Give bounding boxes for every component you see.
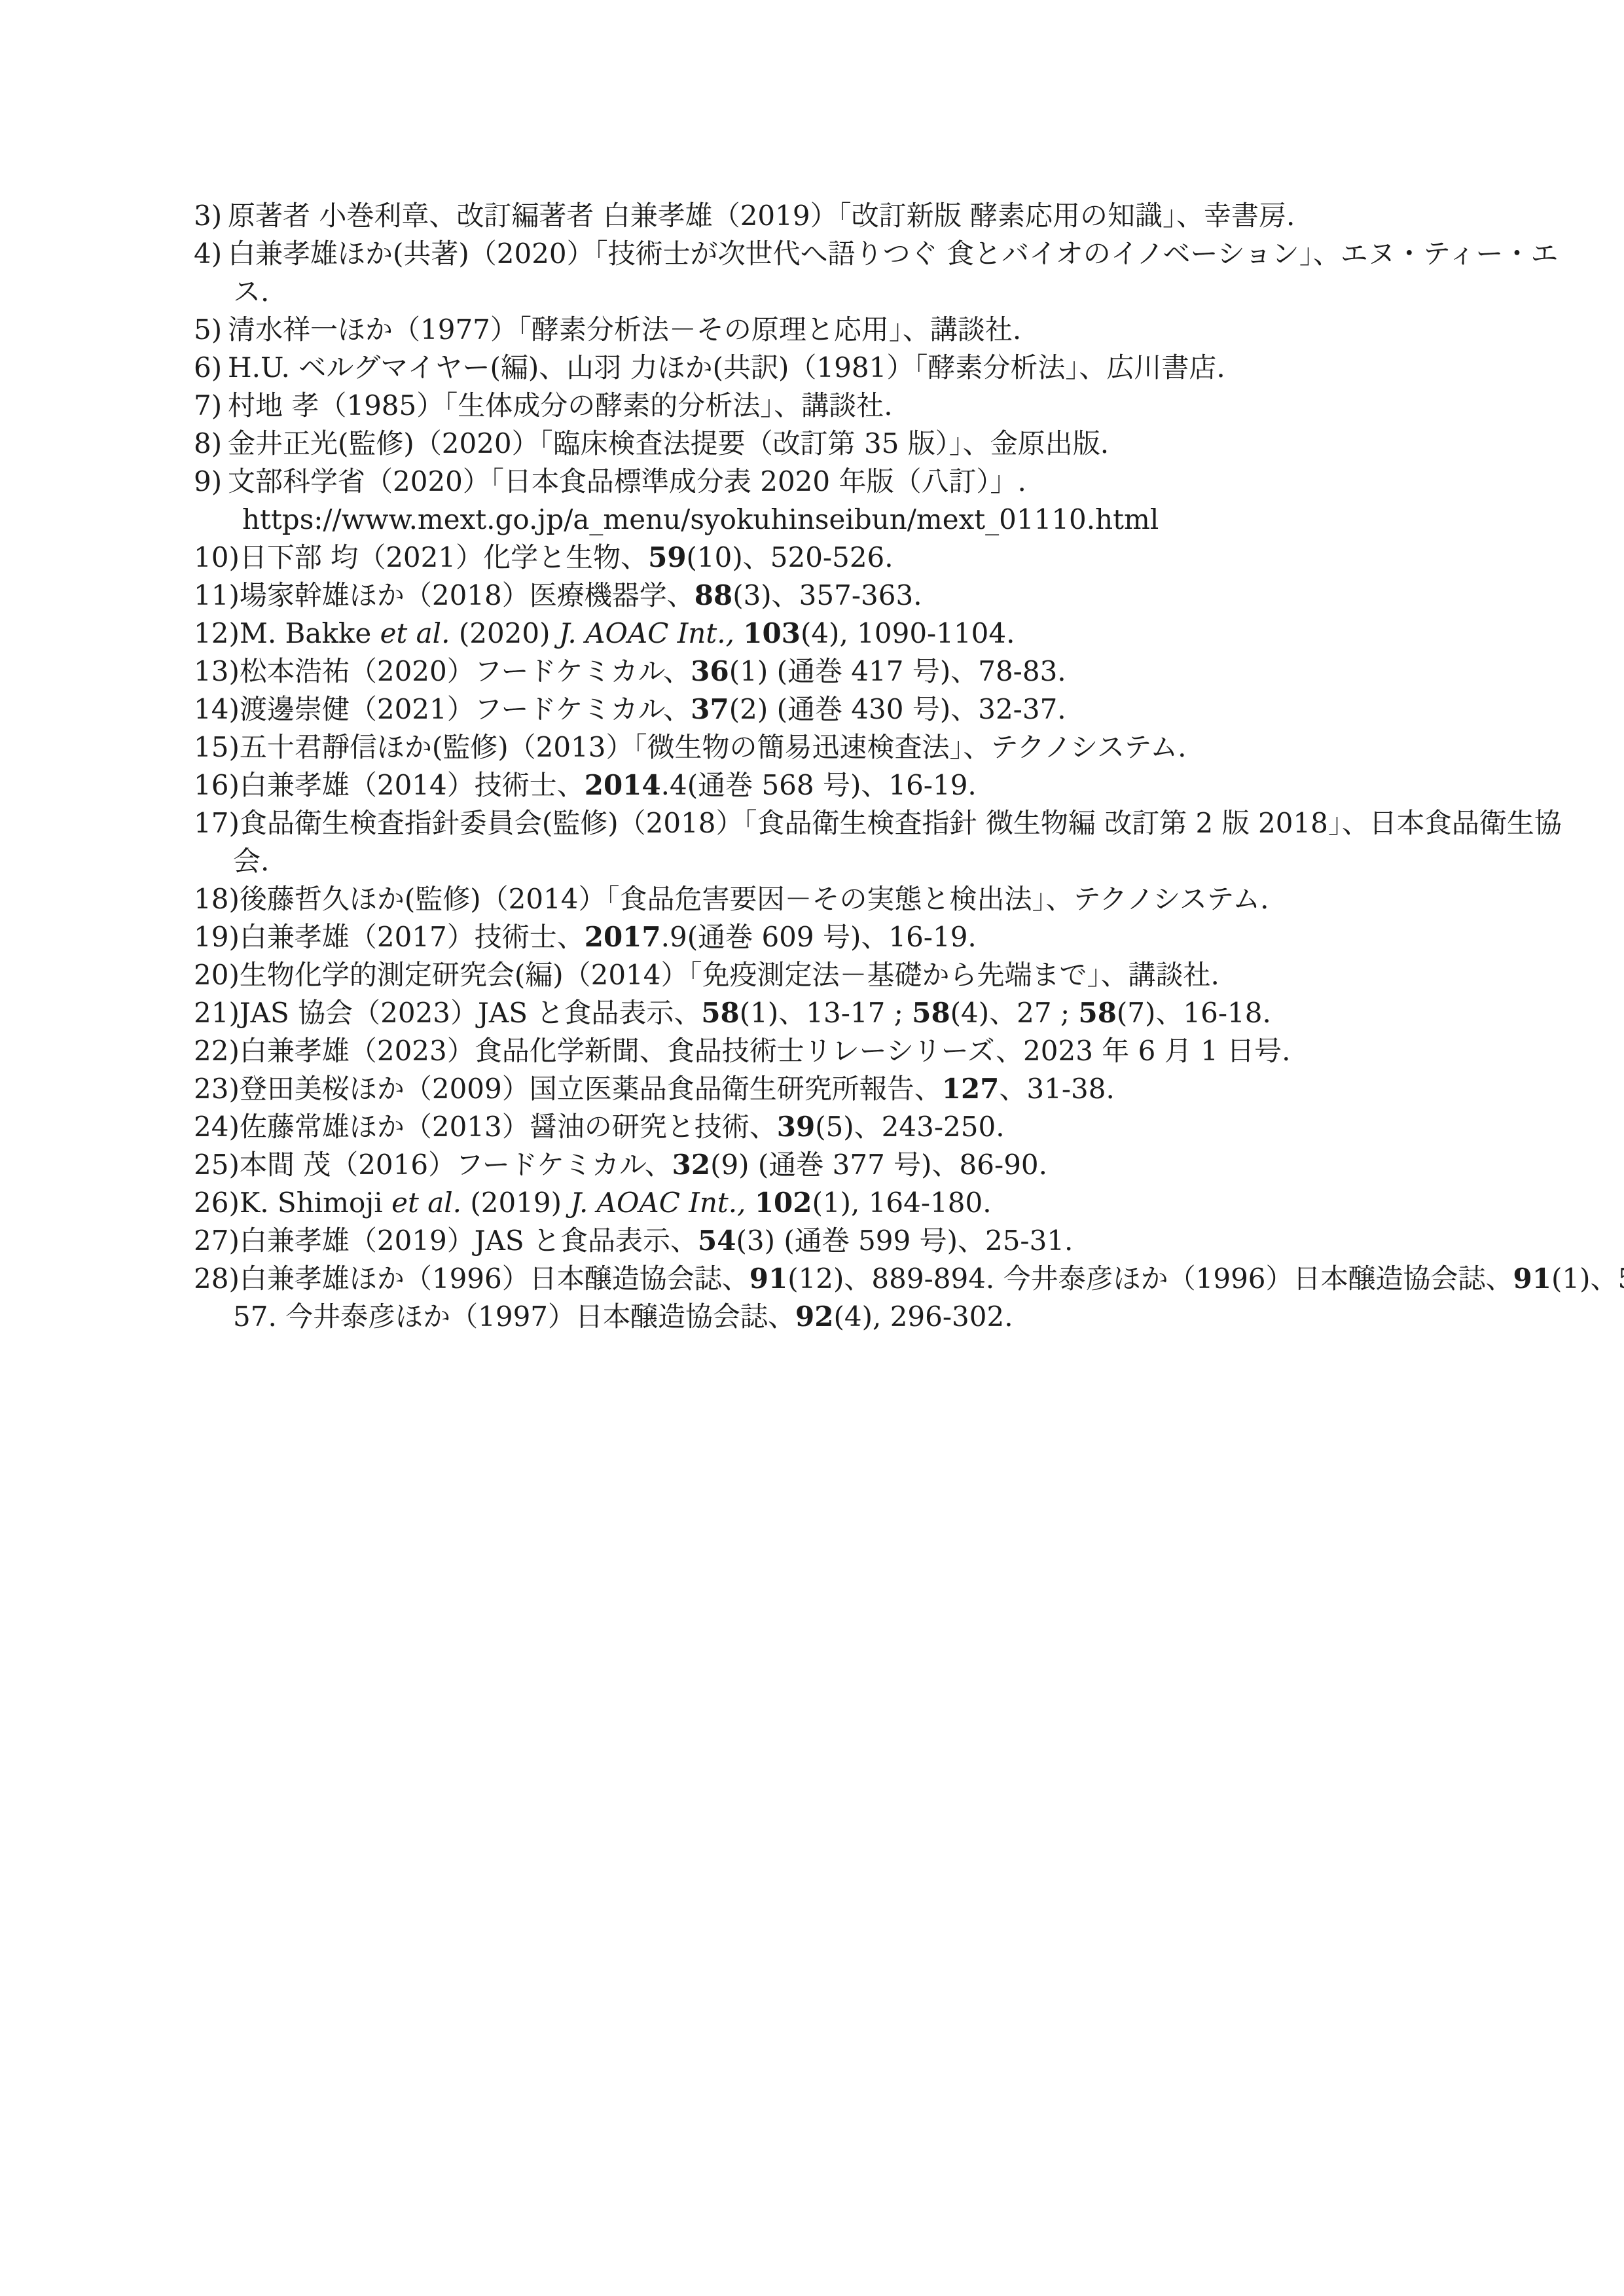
reference-number: 7)	[194, 387, 228, 425]
reference-text-segment: .4(通巻 568 号)、16-19.	[661, 769, 977, 801]
reference-text-segment: (7)、16-18.	[1117, 997, 1271, 1029]
reference-number: 13)	[194, 653, 240, 691]
reference-text-segment: 32	[672, 1149, 710, 1181]
reference-text-segment: (4), 1090-1104.	[801, 617, 1015, 649]
reference-number: 22)	[194, 1032, 240, 1070]
reference-number: 4)	[194, 235, 228, 273]
reference-text-segment: 白兼孝雄（2014）技術士、	[240, 769, 585, 801]
reference-item: 18)後藤哲久ほか(監修)（2014）「食品危害要因－その実態と検出法」、テクノ…	[194, 880, 1437, 918]
reference-text-segment: (12)、889-894. 今井泰彦ほか（1996）日本醸造協会誌、	[787, 1263, 1513, 1295]
reference-text-segment: https://www.mext.go.jp/a_menu/syokuhinse…	[233, 501, 1159, 539]
reference-number: 25)	[194, 1146, 240, 1184]
reference-text-segment: 生物化学的測定研究会(編)（2014）「免疫測定法－基礎から先端まで」、講談社.	[240, 959, 1219, 991]
reference-item: 25)本間 茂（2016）フードケミカル、32(9) (通巻 377 号)、86…	[194, 1146, 1437, 1184]
reference-text-segment: J. AOAC Int.,	[559, 617, 734, 649]
document-page: 3)原著者 小巻利章、改訂編著者 白兼孝雄（2019）「改訂新版 酵素応用の知識…	[0, 0, 1624, 2296]
reference-text-segment: 白兼孝雄（2019）JAS と食品表示、	[240, 1225, 698, 1257]
reference-text-segment: 91	[749, 1263, 787, 1295]
reference-item: 8)金井正光(監修)（2020）「臨床検査法提要（改訂第 35 版）」、金原出版…	[194, 425, 1437, 463]
reference-number: 19)	[194, 918, 240, 956]
reference-text-segment: 2017	[585, 921, 661, 953]
reference-text-segment: et al.	[391, 1187, 461, 1219]
reference-text-segment: 会.	[233, 845, 269, 877]
reference-item: 10)日下部 均（2021）化学と生物、59(10)、520-526.	[194, 539, 1437, 577]
reference-number: 3)	[194, 197, 228, 235]
reference-number: 16)	[194, 766, 240, 804]
reference-text-segment: M. Bakke	[240, 617, 380, 649]
reference-text-segment: (2019)	[461, 1187, 570, 1219]
reference-number: 21)	[194, 994, 240, 1032]
reference-text-segment: 日下部 均（2021）化学と生物、	[240, 541, 648, 573]
reference-text-segment: H.U. ベルグマイヤー(編)、山羽 力ほか(共訳)（1981）「酵素分析法」、…	[228, 351, 1225, 384]
reference-item: 17)食品衛生検査指針委員会(監修)（2018）「食品衛生検査指針 微生物編 改…	[194, 804, 1437, 880]
reference-item: 16)白兼孝雄（2014）技術士、2014.4(通巻 568 号)、16-19.	[194, 766, 1437, 804]
reference-number: 18)	[194, 880, 240, 918]
reference-text-segment: 88	[695, 579, 732, 611]
reference-text-segment: (2) (通巻 430 号)、32-37.	[729, 693, 1066, 725]
reference-number: 27)	[194, 1222, 240, 1260]
reference-text-segment: et al.	[380, 617, 450, 649]
reference-text-segment: 村地 孝（1985）「生体成分の酵素的分析法」、講談社.	[228, 389, 893, 422]
reference-text-segment: 59	[648, 541, 686, 573]
reference-text-segment: 白兼孝雄ほか（1996）日本醸造協会誌、	[240, 1263, 749, 1295]
reference-text-segment: 佐藤常雄ほか（2013）醤油の研究と技術、	[240, 1111, 777, 1143]
reference-item: 24)佐藤常雄ほか（2013）醤油の研究と技術、39(5)、243-250.	[194, 1108, 1437, 1146]
reference-item: 20)生物化学的測定研究会(編)（2014）「免疫測定法－基礎から先端まで」、講…	[194, 956, 1437, 994]
reference-item: 7)村地 孝（1985）「生体成分の酵素的分析法」、講談社.	[194, 387, 1437, 425]
reference-text-segment: 36	[691, 655, 729, 687]
reference-text-segment: 103	[743, 617, 801, 649]
reference-text-segment: 白兼孝雄ほか(共著)（2020）「技術士が次世代へ語りつぐ 食とバイオのイノベー…	[228, 238, 1559, 270]
reference-number: 9)	[194, 463, 228, 501]
reference-text-segment: JAS 協会（2023）JAS と食品表示、	[240, 997, 701, 1029]
reference-item: 23)登田美桜ほか（2009）国立医薬品食品衛生研究所報告、127、31-38.	[194, 1070, 1437, 1108]
reference-item: 5)清水祥一ほか（1977）「酵素分析法－その原理と応用」、講談社.	[194, 311, 1437, 349]
reference-text-segment: 五十君靜信ほか(監修)（2013）「微生物の簡易迅速検査法」、テクノシステム.	[240, 731, 1187, 763]
reference-text-segment: 58	[701, 997, 739, 1029]
reference-text-segment: 松本浩祐（2020）フードケミカル、	[240, 655, 691, 687]
reference-number: 5)	[194, 311, 228, 349]
reference-number: 28)	[194, 1260, 240, 1298]
reference-text-segment: 、31-38.	[999, 1073, 1114, 1105]
reference-text-segment: 清水祥一ほか（1977）「酵素分析法－その原理と応用」、講談社.	[228, 314, 1021, 346]
reference-item: 14)渡邊崇健（2021）フードケミカル、37(2) (通巻 430 号)、32…	[194, 691, 1437, 728]
reference-text-segment: 白兼孝雄（2017）技術士、	[240, 921, 585, 953]
reference-item: 3)原著者 小巻利章、改訂編著者 白兼孝雄（2019）「改訂新版 酵素応用の知識…	[194, 197, 1437, 235]
reference-text-segment: (3) (通巻 599 号)、25-31.	[736, 1225, 1073, 1257]
reference-text-segment: 91	[1513, 1263, 1551, 1295]
reference-number: 14)	[194, 691, 240, 728]
reference-text-segment: J. AOAC Int.,	[570, 1187, 746, 1219]
reference-text-segment: 食品衛生検査指針委員会(監修)（2018）「食品衛生検査指針 微生物編 改訂第 …	[240, 807, 1562, 839]
reference-number: 23)	[194, 1070, 240, 1108]
reference-text-segment: 金井正光(監修)（2020）「臨床検査法提要（改訂第 35 版）」、金原出版.	[228, 427, 1109, 459]
reference-text-segment: 102	[755, 1187, 812, 1219]
reference-number: 12)	[194, 615, 240, 653]
reference-text-segment: (1)、13-17 ;	[740, 997, 912, 1029]
reference-item: 19)白兼孝雄（2017）技術士、2017.9(通巻 609 号)、16-19.	[194, 918, 1437, 956]
reference-text-segment: 58	[1078, 997, 1116, 1029]
reference-text-segment: 渡邊崇健（2021）フードケミカル、	[240, 693, 691, 725]
reference-text-segment: (5)、243-250.	[815, 1111, 1004, 1143]
reference-item: 13)松本浩祐（2020）フードケミカル、36(1) (通巻 417 号)、78…	[194, 653, 1437, 691]
reference-text-segment: 本間 茂（2016）フードケミカル、	[240, 1149, 672, 1181]
reference-item: 11)場家幹雄ほか（2018）医療機器学、88(3)、357-363.	[194, 577, 1437, 615]
reference-text-segment: 2014	[585, 769, 661, 801]
reference-text-segment: K. Shimoji	[240, 1187, 391, 1219]
reference-text-segment: (1), 164-180.	[812, 1187, 992, 1219]
reference-text-segment: 場家幹雄ほか（2018）医療機器学、	[240, 579, 695, 611]
reference-item: 12)M. Bakke et al. (2020) J. AOAC Int., …	[194, 615, 1437, 653]
reference-text-segment: 92	[795, 1300, 833, 1333]
reference-item: 22)白兼孝雄（2023）食品化学新聞、食品技術士リレーシリーズ、2023 年 …	[194, 1032, 1437, 1070]
reference-text-segment: .9(通巻 609 号)、16-19.	[661, 921, 977, 953]
reference-number: 8)	[194, 425, 228, 463]
reference-text-segment: (3)、357-363.	[732, 579, 922, 611]
reference-item: 6)H.U. ベルグマイヤー(編)、山羽 力ほか(共訳)（1981）「酵素分析法…	[194, 349, 1437, 387]
reference-text-segment: (9) (通巻 377 号)、86-90.	[710, 1149, 1047, 1181]
reference-text-segment: (2020)	[450, 617, 558, 649]
reference-text-segment: 原著者 小巻利章、改訂編著者 白兼孝雄（2019）「改訂新版 酵素応用の知識」、…	[228, 200, 1295, 232]
reference-text-segment: ス.	[233, 276, 269, 308]
reference-text-segment: 文部科学省（2020）「日本食品標準成分表 2020 年版（八訂）」.	[228, 465, 1026, 497]
reference-item: 26)K. Shimoji et al. (2019) J. AOAC Int.…	[194, 1184, 1437, 1222]
reference-text-segment: (4), 296-302.	[834, 1300, 1013, 1333]
reference-number: 6)	[194, 349, 228, 387]
reference-item: 4)白兼孝雄ほか(共著)（2020）「技術士が次世代へ語りつぐ 食とバイオのイノ…	[194, 235, 1437, 311]
reference-item: 21)JAS 協会（2023）JAS と食品表示、58(1)、13-17 ; 5…	[194, 994, 1437, 1032]
reference-number: 17)	[194, 804, 240, 842]
reference-number: 10)	[194, 539, 240, 577]
reference-list: 3)原著者 小巻利章、改訂編著者 白兼孝雄（2019）「改訂新版 酵素応用の知識…	[194, 197, 1437, 1336]
reference-number: 20)	[194, 956, 240, 994]
reference-number: 15)	[194, 728, 240, 766]
reference-text-segment: 39	[777, 1111, 815, 1143]
reference-text-segment	[734, 617, 743, 649]
reference-text-segment: (1) (通巻 417 号)、78-83.	[729, 655, 1066, 687]
reference-text-segment: 57. 今井泰彦ほか（1997）日本醸造協会誌、	[233, 1300, 795, 1333]
reference-text-segment: 37	[691, 693, 729, 725]
reference-item: 28)白兼孝雄ほか（1996）日本醸造協会誌、91(12)、889-894. 今…	[194, 1260, 1437, 1336]
reference-text-segment: (10)、520-526.	[687, 541, 893, 573]
reference-text-segment: 54	[698, 1225, 736, 1257]
reference-item: 9)文部科学省（2020）「日本食品標準成分表 2020 年版（八訂）」.htt…	[194, 463, 1437, 539]
reference-item: 15)五十君靜信ほか(監修)（2013）「微生物の簡易迅速検査法」、テクノシステ…	[194, 728, 1437, 766]
reference-text-segment: 58	[912, 997, 950, 1029]
reference-number: 11)	[194, 577, 240, 615]
reference-text-segment: 127	[942, 1073, 1000, 1105]
reference-text-segment: 白兼孝雄（2023）食品化学新聞、食品技術士リレーシリーズ、2023 年 6 月…	[240, 1035, 1291, 1067]
reference-text-segment: (4)、27 ;	[950, 997, 1079, 1029]
reference-text-segment: (1)、51-	[1551, 1263, 1624, 1295]
reference-item: 27)白兼孝雄（2019）JAS と食品表示、54(3) (通巻 599 号)、…	[194, 1222, 1437, 1260]
reference-number: 24)	[194, 1108, 240, 1146]
reference-number: 26)	[194, 1184, 240, 1222]
reference-text-segment: 後藤哲久ほか(監修)（2014）「食品危害要因－その実態と検出法」、テクノシステ…	[240, 883, 1269, 915]
reference-text-segment	[746, 1187, 754, 1219]
reference-text-segment: 登田美桜ほか（2009）国立医薬品食品衛生研究所報告、	[240, 1073, 942, 1105]
